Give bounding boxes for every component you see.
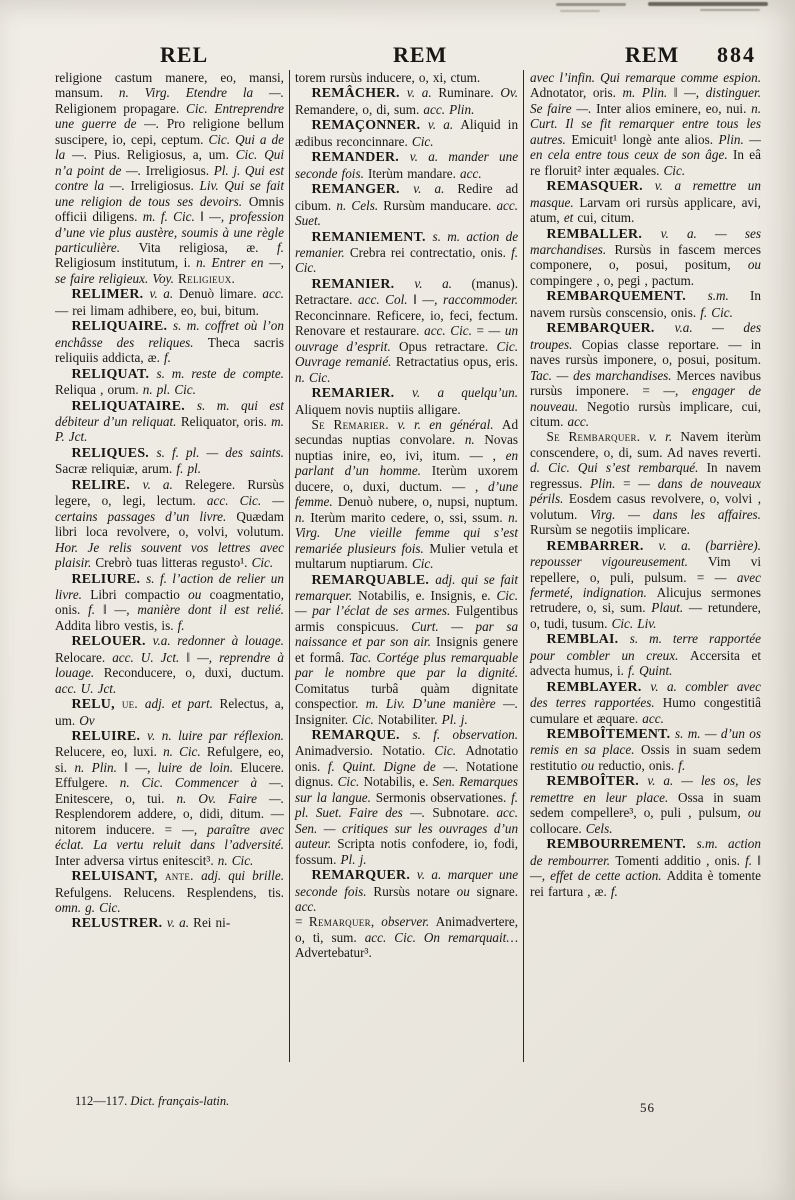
entry-rembarrer: REMBARRER. v. a. (barrière). repousser v…: [530, 538, 761, 632]
scan-artifact: [556, 3, 626, 6]
entry-remaconner: REMAÇONNER. v. a. Aliquid in ædibus reco…: [295, 117, 518, 149]
entry-relouer: RELOUER. v.a. redonner à louage. Relocar…: [55, 633, 284, 696]
entry-remarier: REMARIER. v. a quelqu’un. Aliquem novis …: [295, 385, 518, 417]
entry-se-rembarquer: Se Rembarquer. v. r. Navem iterùm consce…: [530, 429, 761, 537]
entry-remacher: REMÂCHER. v. a. Ruminare. Ov. Remandere,…: [295, 85, 518, 117]
page-header: REL REM REM 884: [55, 42, 760, 68]
column-3: avec l’infin. Qui remarque comme espion.…: [524, 70, 761, 1072]
entry-remballer: REMBALLER. v. a. — ses marchandises. Rur…: [530, 226, 761, 289]
entry-reliure: RELIURE. s. f. l’action de relier un liv…: [55, 571, 284, 634]
entry-reluire: RELUIRE. v. n. luire par réflexion. Relu…: [55, 728, 284, 868]
scan-artifact: [560, 10, 600, 12]
entry-reluisant: RELUISANT, ante. adj. qui brille. Refulg…: [55, 868, 284, 915]
entry-relire: RELIRE. v. a. Relegere. Rursùs legere, o…: [55, 477, 284, 571]
entry-relimer: RELIMER. v. a. Denuò limare. acc. — rei …: [55, 286, 284, 318]
entry-rembarquer: REMBARQUER. v.a. — des troupes. Copias c…: [530, 320, 761, 429]
entry-remblai: REMBLAI. s. m. terre rapportée pour comb…: [530, 631, 761, 678]
entry-reliquataire: RELIQUATAIRE. s. m. qui est débiteur d’u…: [55, 398, 284, 445]
column-1: religione castum manere, eo, mansi, mans…: [55, 70, 289, 1072]
entry-remboitement: REMBOÎTEMENT. s. m. — d’un os remis en s…: [530, 726, 761, 773]
entry-remarquable: REMARQUABLE. adj. qui se fait remarquer.…: [295, 572, 518, 728]
entry-remanger: REMANGER. v. a. Redire ad cibum. n. Cels…: [295, 181, 518, 228]
continuation-remarquer: avec l’infin. Qui remarque comme espion.…: [530, 70, 761, 178]
header-keyword-center: REM: [393, 42, 447, 68]
entry-remarquer: REMARQUER. v. a. marquer une seconde foi…: [295, 867, 518, 914]
header-keyword-left: REL: [160, 42, 208, 68]
entry-reliquaire: RELIQUAIRE. s. m. coffret où l’on enchâs…: [55, 318, 284, 365]
signature-line: 112—117. Dict. français-latin.: [75, 1094, 229, 1109]
entry-reliques: RELIQUES. s. f. pl. — des saints. Sacræ …: [55, 445, 284, 477]
entry-rembarquement: REMBARQUEMENT. s.m. In navem rursùs cons…: [530, 288, 761, 320]
entry-eq-remarquer: = Remarquer, observer. Animadvertere, o,…: [295, 914, 518, 960]
entry-remblayer: REMBLAYER. v. a. combler avec des terres…: [530, 679, 761, 726]
page-number: 884: [717, 42, 756, 68]
entry-reliquat: RELIQUAT. s. m. reste de compte. Reliqua…: [55, 366, 284, 398]
scan-artifact: [700, 9, 760, 11]
entry-remarque: REMARQUE. s. f. observation. Animadversi…: [295, 727, 518, 867]
signature-numbers: 112—117.: [75, 1094, 127, 1108]
folio-number: 56: [640, 1100, 655, 1116]
column-2: torem rursùs inducere, o, xi, ctum.REMÂC…: [290, 70, 523, 1072]
entry-remboiter: REMBOÎTER. v. a. — les os, les remettre …: [530, 773, 761, 836]
header-keyword-right: REM: [625, 42, 679, 68]
continuation-religion: religione castum manere, eo, mansi, mans…: [55, 70, 284, 286]
entry-remasquer: REMASQUER. v. a remettre un masque. Larv…: [530, 178, 761, 225]
scan-artifact: [648, 2, 768, 6]
book-title: Dict. français-latin.: [130, 1094, 229, 1108]
continuation-relustrer: torem rursùs inducere, o, xi, ctum.: [295, 70, 518, 85]
entry-remaniement: REMANIEMENT. s. m. action de remanier. C…: [295, 229, 518, 276]
entry-relustrer: RELUSTRER. v. a. Rei ni-: [55, 915, 284, 931]
page-footer: 112—117. Dict. français-latin. 56: [55, 1094, 761, 1114]
entry-remander: REMANDER. v. a. mander une seconde fois.…: [295, 149, 518, 181]
entry-rembourrement: REMBOURREMENT. s.m. action de rembourrer…: [530, 836, 761, 899]
entry-se-remarier: Se Remarier. v. r. en général. Ad secund…: [295, 417, 518, 572]
text-columns: religione castum manere, eo, mansi, mans…: [55, 70, 761, 1072]
dictionary-page: REL REM REM 884 religione castum manere,…: [0, 0, 795, 1200]
entry-remanier: REMANIER. v. a. (manus). Retractare. acc…: [295, 276, 518, 385]
entry-relu: RELU, ue. adj. et part. Relectus, a, um.…: [55, 696, 284, 728]
